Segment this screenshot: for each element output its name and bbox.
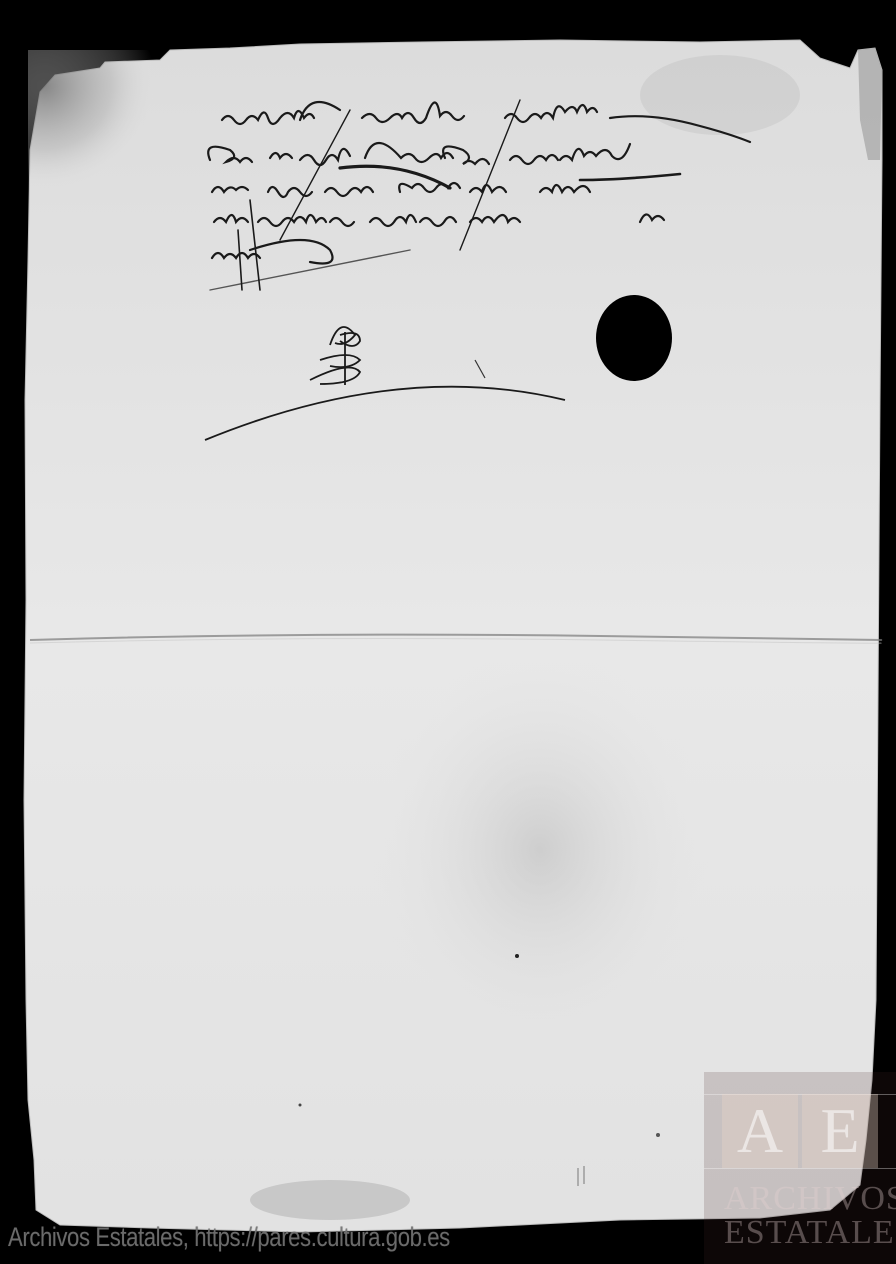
document-scan: A E ARCHIVOS ESTATALES Archivos Estatale… <box>0 0 896 1264</box>
seal-hole <box>596 295 672 381</box>
logo-line-archivos: ARCHIVOS <box>724 1182 894 1216</box>
logo-letter-a: A <box>722 1094 798 1168</box>
footer-credit-link[interactable]: Archivos Estatales, https://pares.cultur… <box>8 1222 450 1253</box>
logo-letter-e: E <box>802 1094 878 1168</box>
archivos-estatales-logo: A E ARCHIVOS ESTATALES <box>704 1072 896 1264</box>
logo-line-estatales: ESTATALES <box>724 1216 894 1250</box>
